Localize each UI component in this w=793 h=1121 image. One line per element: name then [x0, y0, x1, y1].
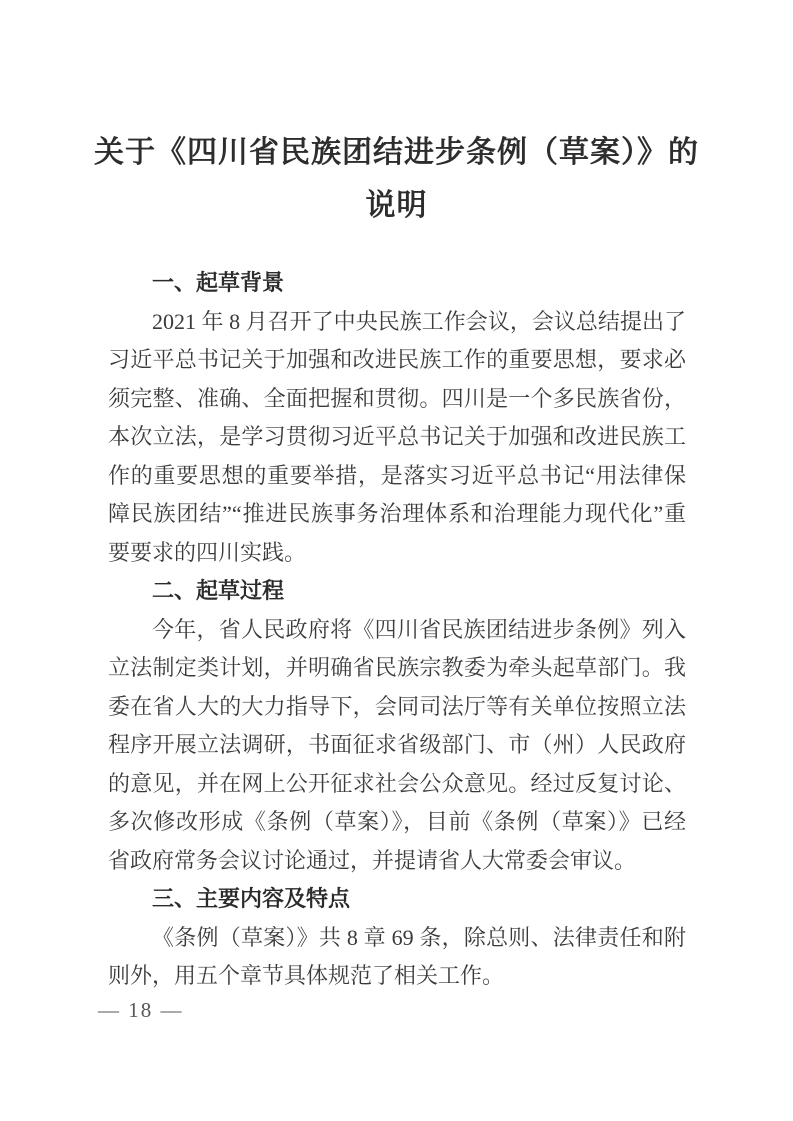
section-heading-main-content: 三、主要内容及特点: [108, 880, 686, 919]
document-body: 一、起草背景 2021 年 8 月召开了中央民族工作会议，会议总结提出了习近平总…: [108, 264, 686, 996]
page-number: — 18 —: [98, 998, 184, 1023]
section-paragraph-background: 2021 年 8 月召开了中央民族工作会议，会议总结提出了习近平总书记关于加强和…: [108, 303, 686, 573]
section-paragraph-main-content: 《条例（草案）》共 8 章 69 条，除总则、法律责任和附则外，用五个章节具体规…: [108, 919, 686, 996]
document-page: 关于《四川省民族团结进步条例（草案）》的 说明 一、起草背景 2021 年 8 …: [0, 0, 793, 1121]
document-title: 关于《四川省民族团结进步条例（草案）》的 说明: [0, 126, 793, 232]
section-paragraph-drafting-process: 今年，省人民政府将《四川省民族团结进步条例》列入立法制定类计划，并明确省民族宗教…: [108, 611, 686, 881]
section-heading-background: 一、起草背景: [108, 264, 686, 303]
document-title-line-1: 关于《四川省民族团结进步条例（草案）》的: [0, 126, 793, 179]
document-title-line-2: 说明: [0, 179, 793, 232]
section-heading-drafting-process: 二、起草过程: [108, 572, 686, 611]
